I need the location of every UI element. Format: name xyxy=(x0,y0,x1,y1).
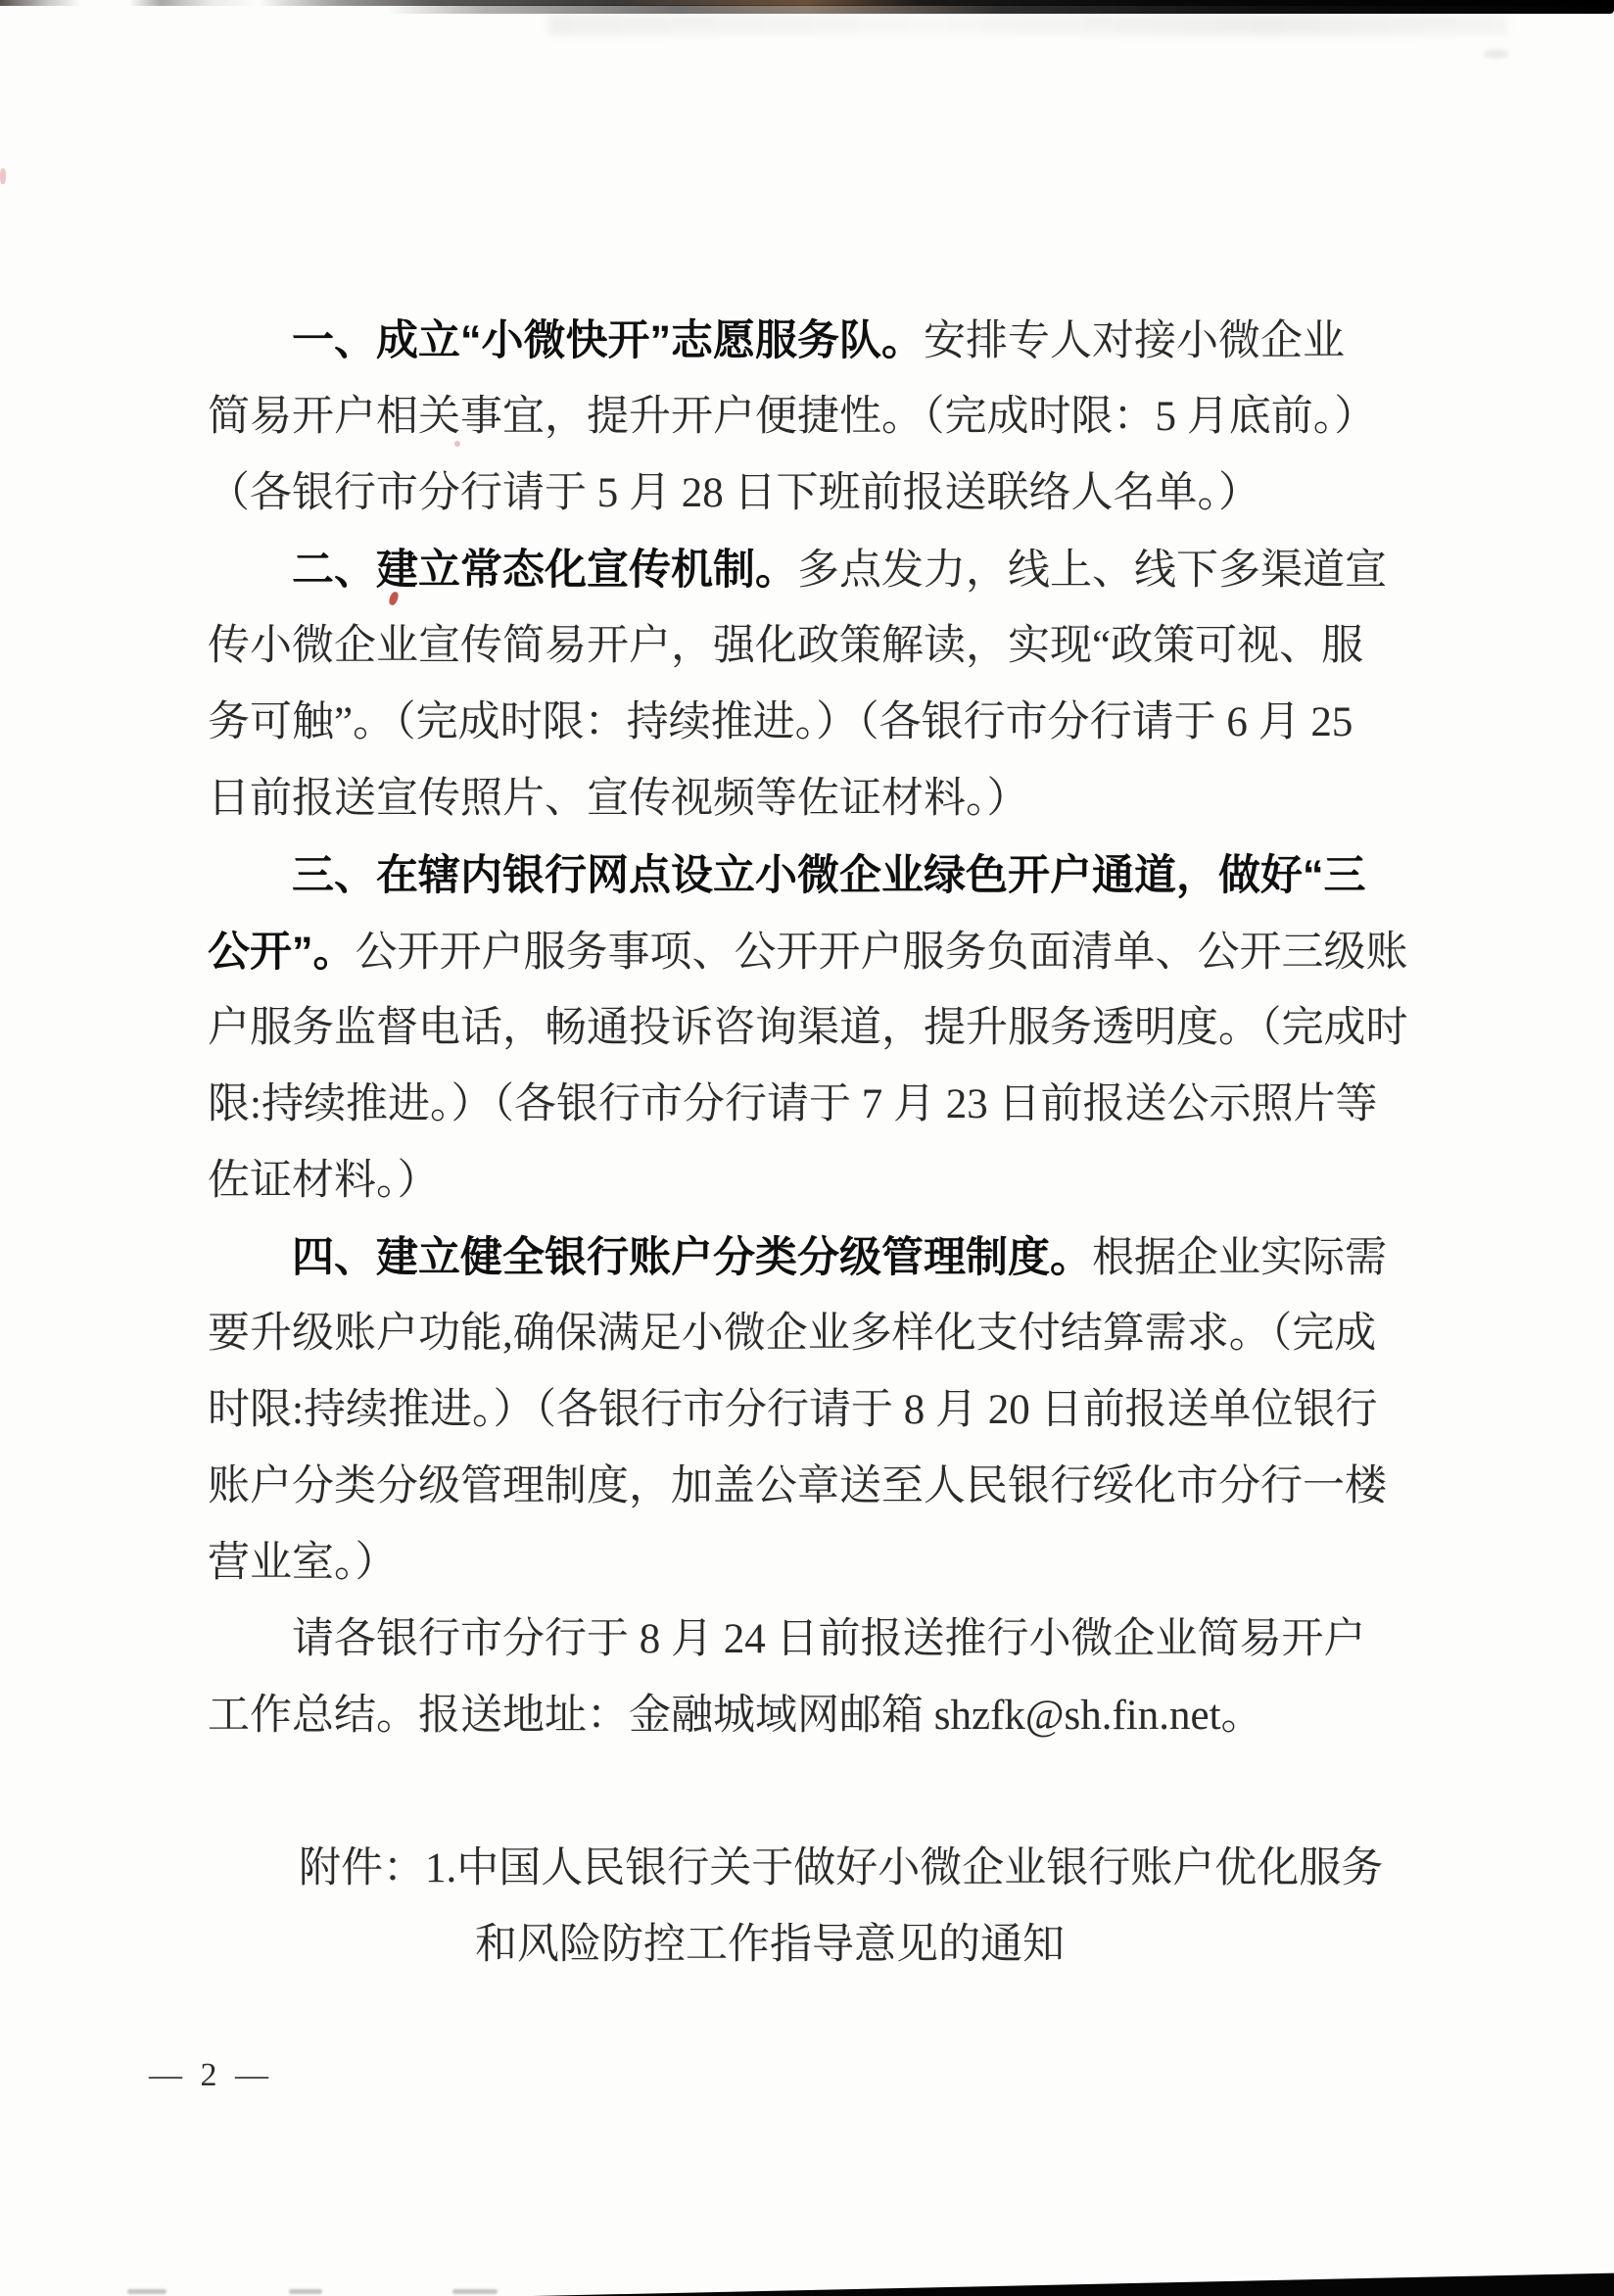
body-text-run: 请各银行市分行于 8 月 24 日前报送推行小微企业简易开户 xyxy=(292,1616,1366,1662)
text-line: 时限:持续推进。）（各银行市分行请于 8 月 20 日前报送单位银行 xyxy=(208,1372,1481,1449)
body-text-run: 日前报送宣传照片、宣传视频等佐证材料。） xyxy=(208,776,1029,822)
body-text-run: 根据企业实际需 xyxy=(1092,1235,1387,1281)
text-line: 账户分类分级管理制度，加盖公章送至人民银行绥化市分行一楼 xyxy=(208,1449,1481,1525)
body-text-run: 时限:持续推进。）（各银行市分行请于 8 月 20 日前报送单位银行 xyxy=(208,1387,1377,1433)
text-line: 四、建立健全银行账户分类分级管理制度。根据企业实际需 xyxy=(208,1220,1481,1296)
body-text-run: 务可触”。（完成时限：持续推进。）（各银行市分行请于 6 月 25 xyxy=(208,699,1353,745)
body-text-run: 传小微企业宣传简易开户，强化政策解读，实现“政策可视、服 xyxy=(208,623,1363,669)
body-text-run: 工作总结。报送地址：金融城域网邮箱 shzfk@sh.fin.net。 xyxy=(208,1693,1263,1739)
text-line: 请各银行市分行于 8 月 24 日前报送推行小微企业简易开户 xyxy=(208,1602,1481,1678)
text-line xyxy=(208,1754,1481,1831)
body-text-run: 户服务监督电话，畅通投诉咨询渠道，提升服务透明度。（完成时 xyxy=(208,1005,1408,1051)
text-line: 和风险防控工作指导意见的通知 xyxy=(208,1907,1481,1984)
text-line: （各银行市分行请于 5 月 28 日下班前报送联络人名单。） xyxy=(208,455,1481,532)
text-line: 二、建立常态化宣传机制。多点发力，线上、线下多渠道宣 xyxy=(208,532,1481,608)
heading-text-run: 四、建立健全银行账户分类分级管理制度。 xyxy=(292,1234,1092,1281)
text-line: 限:持续推进。）（各银行市分行请于 7 月 23 日前报送公示照片等 xyxy=(208,1067,1481,1143)
scan-artifact-top-smudge xyxy=(548,14,1508,35)
scan-artifact-bottom-smear xyxy=(127,2289,166,2294)
text-line: 简易开户相关事宜，提升开户便捷性。（完成时限：5 月底前。） xyxy=(208,379,1481,455)
body-text-run: 附件：1.中国人民银行关于做好小微企业银行账户优化服务 xyxy=(299,1845,1383,1891)
text-line: 传小微企业宣传简易开户，强化政策解读，实现“政策可视、服 xyxy=(208,608,1481,685)
scan-artifact-corner-smudge xyxy=(1484,49,1509,59)
page-number: — 2 — xyxy=(149,2057,273,2094)
scan-artifact-bottom-smear xyxy=(452,2289,498,2294)
body-text-run: 安排专人对接小微企业 xyxy=(924,318,1345,364)
heading-text-run: 三、在辖内银行网点设立小微企业绿色开户通道，做好“三 xyxy=(292,852,1366,899)
red-edge-speck xyxy=(0,168,6,184)
text-line: 务可触”。（完成时限：持续推进。）（各银行市分行请于 6 月 25 xyxy=(208,685,1481,761)
text-line: 营业室。） xyxy=(208,1525,1481,1602)
body-text-run: 限:持续推进。）（各银行市分行请于 7 月 23 日前报送公示照片等 xyxy=(208,1081,1377,1127)
text-line: 佐证材料。） xyxy=(208,1143,1481,1220)
text-line: 要升级账户功能,确保满足小微企业多样化支付结算需求。（完成 xyxy=(208,1296,1481,1372)
body-text-run: 账户分类分级管理制度，加盖公章送至人民银行绥化市分行一楼 xyxy=(208,1463,1387,1509)
scanned-document-page: 一、成立“小微快开”志愿服务队。安排专人对接小微企业简易开户相关事宜，提升开户便… xyxy=(0,0,1614,2296)
text-line: 附件：1.中国人民银行关于做好小微企业银行账户优化服务 xyxy=(208,1831,1481,1907)
body-text-run: 要升级账户功能,确保满足小微企业多样化支付结算需求。（完成 xyxy=(208,1311,1376,1357)
body-text-run: 和风险防控工作指导意见的通知 xyxy=(475,1922,1065,1968)
text-line: 日前报送宣传照片、宣传视频等佐证材料。） xyxy=(208,761,1481,837)
scan-artifact-bottom-smear xyxy=(289,2289,322,2294)
text-line: 一、成立“小微快开”志愿服务队。安排专人对接小微企业 xyxy=(208,303,1481,379)
text-block: 一、成立“小微快开”志愿服务队。安排专人对接小微企业简易开户相关事宜，提升开户便… xyxy=(208,303,1481,1984)
text-line: 公开”。公开开户服务事项、公开开户服务负面清单、公开三级账 xyxy=(208,914,1481,990)
text-line: 户服务监督电话，畅通投诉咨询渠道，提升服务透明度。（完成时 xyxy=(208,990,1481,1067)
heading-text-run: 一、成立“小微快开”志愿服务队。 xyxy=(292,317,924,364)
scan-artifact-bottom-edge xyxy=(0,2271,1614,2296)
body-text-run: 简易开户相关事宜，提升开户便捷性。（完成时限：5 月底前。） xyxy=(208,394,1376,440)
body-text-run: 佐证材料。） xyxy=(208,1158,440,1204)
heading-text-run: 二、建立常态化宣传机制。 xyxy=(292,547,797,594)
text-line: 三、在辖内银行网点设立小微企业绿色开户通道，做好“三 xyxy=(208,837,1481,914)
body-text-run: 多点发力，线上、线下多渠道宣 xyxy=(797,548,1387,594)
body-text-run: 公开开户服务事项、公开开户服务负面清单、公开三级账 xyxy=(356,930,1408,976)
body-text-run: 营业室。） xyxy=(208,1540,398,1586)
body-text-run: （各银行市分行请于 5 月 28 日下班前报送联络人名单。） xyxy=(208,470,1260,516)
text-line: 工作总结。报送地址：金融城域网邮箱 shzfk@sh.fin.net。 xyxy=(208,1678,1481,1754)
scan-artifact-top-edge-2 xyxy=(0,5,1614,14)
heading-text-run: 公开”。 xyxy=(208,929,356,976)
